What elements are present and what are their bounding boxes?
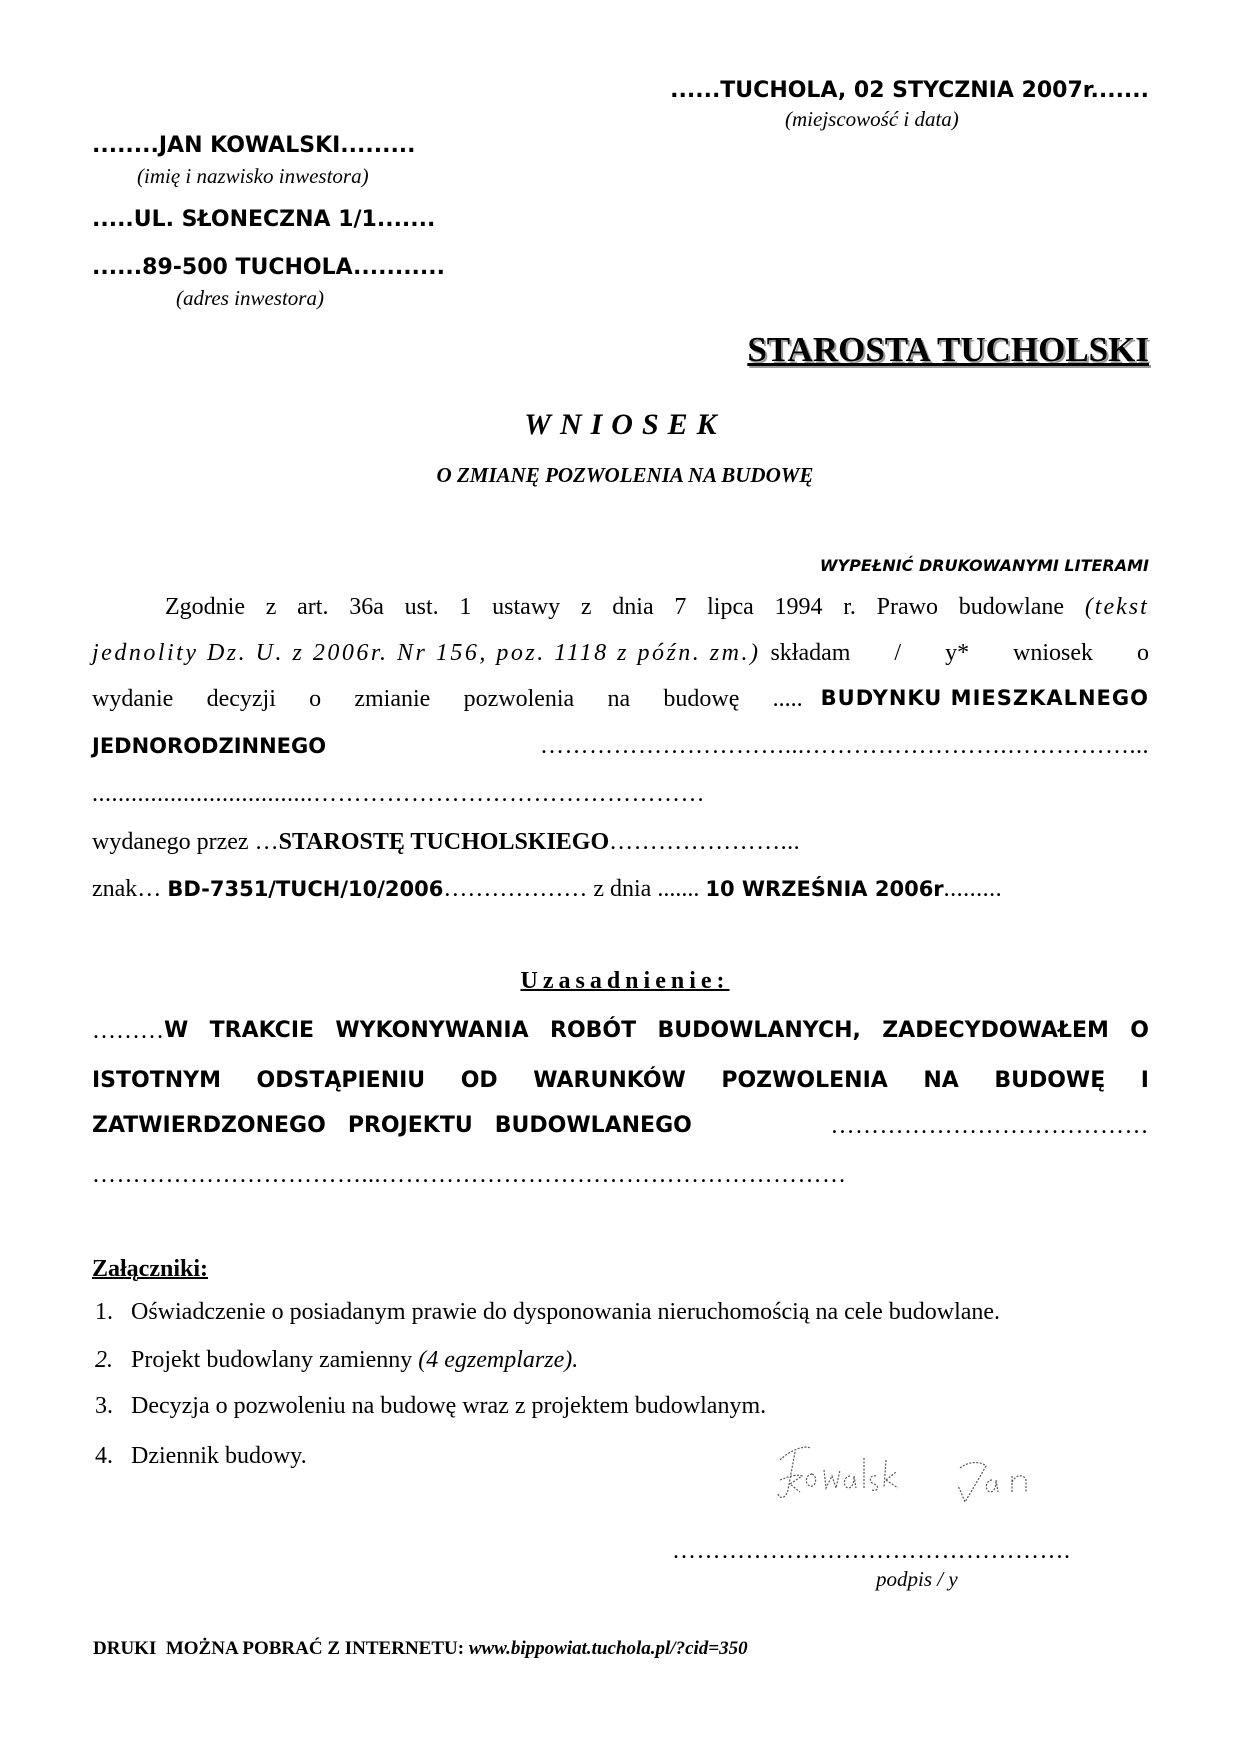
body-word: (tekst <box>1085 594 1149 621</box>
fill-dots: ……………………………...………………………………………………… <box>92 1162 847 1188</box>
lead-dots: ……… <box>92 1018 164 1045</box>
investor-address-line2: ......89-500 TUCHOLA........... <box>92 255 445 280</box>
attachment-item: 4.Dziennik budowy. <box>95 1443 307 1470</box>
building-type: BUDYNKU MIESZKALNEGO <box>821 686 1149 713</box>
justification-word: PROJEKTU <box>348 1113 473 1138</box>
attachment-text: Projekt budowlany zamienny <box>131 1347 418 1373</box>
body-word: Zgodnie <box>165 594 245 621</box>
attachment-text: Oświadczenie o posiadanym prawie do dysp… <box>131 1299 1000 1325</box>
justification-word: ROBÓT <box>550 1018 636 1045</box>
ref-label: znak… <box>92 876 161 902</box>
investor-name-caption: (imię i nazwisko inwestora) <box>137 164 369 189</box>
justification-word: POZWOLENIA <box>721 1068 887 1093</box>
justification-word: BUDOWLANEGO <box>495 1113 692 1138</box>
justification-heading: Uzasadnienie: <box>0 968 1240 995</box>
justification-word: BUDOWĘ <box>994 1068 1105 1093</box>
body-word: Prawo <box>877 594 938 621</box>
body-word: dnia <box>612 594 653 621</box>
justification-word: WYKONYWANIA <box>335 1018 528 1045</box>
footer-url[interactable]: www.bippowiat.tuchola.pl/?cid=350 <box>469 1638 748 1659</box>
fill-dots: ………………………………… <box>831 1113 1150 1140</box>
body-word: art. <box>297 594 328 621</box>
permit-date: 10 WRZEŚNIA 2006r <box>705 877 943 901</box>
body-word: na <box>607 686 630 713</box>
body-word: zmianie <box>354 686 430 713</box>
issued-by-line: wydanego przez …STAROSTĘ TUCHOLSKIEGO………… <box>92 829 1149 856</box>
legal-reference: jednolity Dz. U. z 2006r. Nr 156, poz. 1… <box>92 640 760 667</box>
body-word: o <box>309 686 321 713</box>
attachment-item: 1.Oświadczenie o posiadanym prawie do dy… <box>95 1299 1000 1326</box>
justification-line-4: ……………………………...………………………………………………… <box>92 1162 1149 1189</box>
footer-note: DRUKI MOŻNA POBRAĆ Z INTERNETU: www.bipp… <box>93 1638 748 1660</box>
issued-by-label: wydanego przez … <box>92 829 279 855</box>
building-type-continued: JEDNORODZINNEGO <box>92 734 326 758</box>
place-date: ......TUCHOLA, 02 STYCZNIA 2007r....... <box>670 78 1149 103</box>
body-line-3: wydaniedecyzjiozmianiepozwolenianabudowę… <box>92 686 1149 713</box>
attachments-heading: Załączniki: <box>92 1256 208 1283</box>
addressee: STAROSTA TUCHOLSKI <box>747 330 1149 370</box>
attachment-text: Decyzja o pozwoleniu na budowę wraz z pr… <box>131 1393 766 1419</box>
justification-word: ZADECYDOWAŁEM <box>882 1018 1109 1045</box>
justification-word: TRAKCIE <box>210 1018 314 1045</box>
ref-number: BD-7351/TUCH/10/2006 <box>167 877 443 901</box>
reference-line: znak… BD-7351/TUCH/10/2006……………… z dnia … <box>92 876 1149 903</box>
body-word: z <box>581 594 592 621</box>
justification-word: WARUNKÓW <box>533 1068 686 1093</box>
justification-word: ZATWIERDZONEGO <box>92 1113 326 1138</box>
fill-dots: ......... <box>944 876 1003 902</box>
footer-label: DRUKI MOŻNA POBRAĆ Z INTERNETU: <box>93 1638 469 1659</box>
body-word: y* <box>945 640 969 667</box>
body-word: ust. <box>405 594 439 621</box>
fill-instruction: WYPEŁNIĆ DRUKOWANYMI LITERAMI <box>820 556 1149 575</box>
body-line-5: ..................................………………… <box>92 781 1149 808</box>
attachment-note: (4 egzemplarze). <box>418 1347 578 1373</box>
justification-word: ISTOTNYM <box>92 1068 221 1093</box>
fill-dots: …………………………...…………………….……………... <box>540 733 1149 760</box>
body-word: składam <box>770 640 850 667</box>
attachment-number: 3. <box>95 1393 131 1420</box>
body-word: decyzji <box>207 686 276 713</box>
attachment-number: 4. <box>95 1443 131 1470</box>
attachment-number: 2. <box>95 1347 131 1374</box>
justification-word: W <box>164 1018 188 1045</box>
investor-address-line1: .....UL. SŁONECZNA 1/1....... <box>92 207 435 232</box>
body-word: 36a <box>349 594 384 621</box>
body-word: budowę <box>663 686 739 713</box>
body-word: lipca <box>707 594 754 621</box>
signature-caption: podpis / y <box>876 1567 958 1592</box>
justification-word: O <box>1130 1018 1149 1045</box>
justification-word: I <box>1141 1068 1149 1093</box>
body-word: wniosek <box>1013 640 1093 667</box>
document-subtitle: O ZMIANĘ POZWOLENIA NA BUDOWĘ <box>0 463 1240 488</box>
body-word: r. <box>843 594 856 621</box>
fill-dots: ..................................………………… <box>92 781 705 807</box>
body-word: z <box>266 594 277 621</box>
body-line-4: JEDNORODZINNEGO …………………………...…………………….……… <box>92 733 1149 760</box>
body-word: o <box>1137 640 1149 667</box>
justification-line-3: ZATWIERDZONEGOPROJEKTUBUDOWLANEGO ………………… <box>92 1113 1149 1138</box>
body-line-2: jednolity Dz. U. z 2006r. Nr 156, poz. 1… <box>92 640 1149 667</box>
document-title: WNIOSEK <box>0 408 1240 442</box>
body-line-1: Zgodniezart.36aust.1ustawyzdnia7lipca199… <box>165 594 1149 621</box>
investor-name: ........JAN KOWALSKI......... <box>92 133 416 158</box>
body-word: budowlane <box>959 594 1064 621</box>
body-word: pozwolenia <box>464 686 575 713</box>
body-word: 1994 <box>775 594 823 621</box>
justification-line-2: ISTOTNYMODSTĄPIENIUODWARUNKÓWPOZWOLENIAN… <box>92 1068 1149 1093</box>
fill-dots: …………………... <box>609 829 800 855</box>
place-date-caption: (miejscowość i data) <box>785 107 959 132</box>
attachment-item: 2.Projekt budowlany zamienny (4 egzempla… <box>95 1347 578 1374</box>
body-word: / <box>894 640 901 667</box>
justification-line-1: ……… WTRAKCIEWYKONYWANIAROBÓTBUDOWLANYCH,… <box>92 1018 1149 1045</box>
attachment-number: 1. <box>95 1299 131 1326</box>
justification-word: ODSTĄPIENIU <box>257 1068 426 1093</box>
attachment-item: 3.Decyzja o pozwoleniu na budowę wraz z … <box>95 1393 766 1420</box>
justification-word: BUDOWLANYCH, <box>657 1018 860 1045</box>
attachment-text: Dziennik budowy. <box>131 1443 307 1469</box>
justification-word: NA <box>923 1068 958 1093</box>
justification-word: OD <box>461 1068 498 1093</box>
handwritten-signature <box>760 1440 1060 1530</box>
investor-address-caption: (adres inwestora) <box>176 286 324 311</box>
issued-by-value: STAROSTĘ TUCHOLSKIEGO <box>279 829 610 855</box>
body-word: ustawy <box>492 594 560 621</box>
body-word: ..... <box>773 686 803 713</box>
body-word: 1 <box>459 594 471 621</box>
body-word: wydanie <box>92 686 173 713</box>
body-word: 7 <box>674 594 686 621</box>
ref-dots: ……………… z dnia ....... <box>443 876 699 902</box>
signature-dots: …………………………………………. <box>672 1538 1071 1565</box>
